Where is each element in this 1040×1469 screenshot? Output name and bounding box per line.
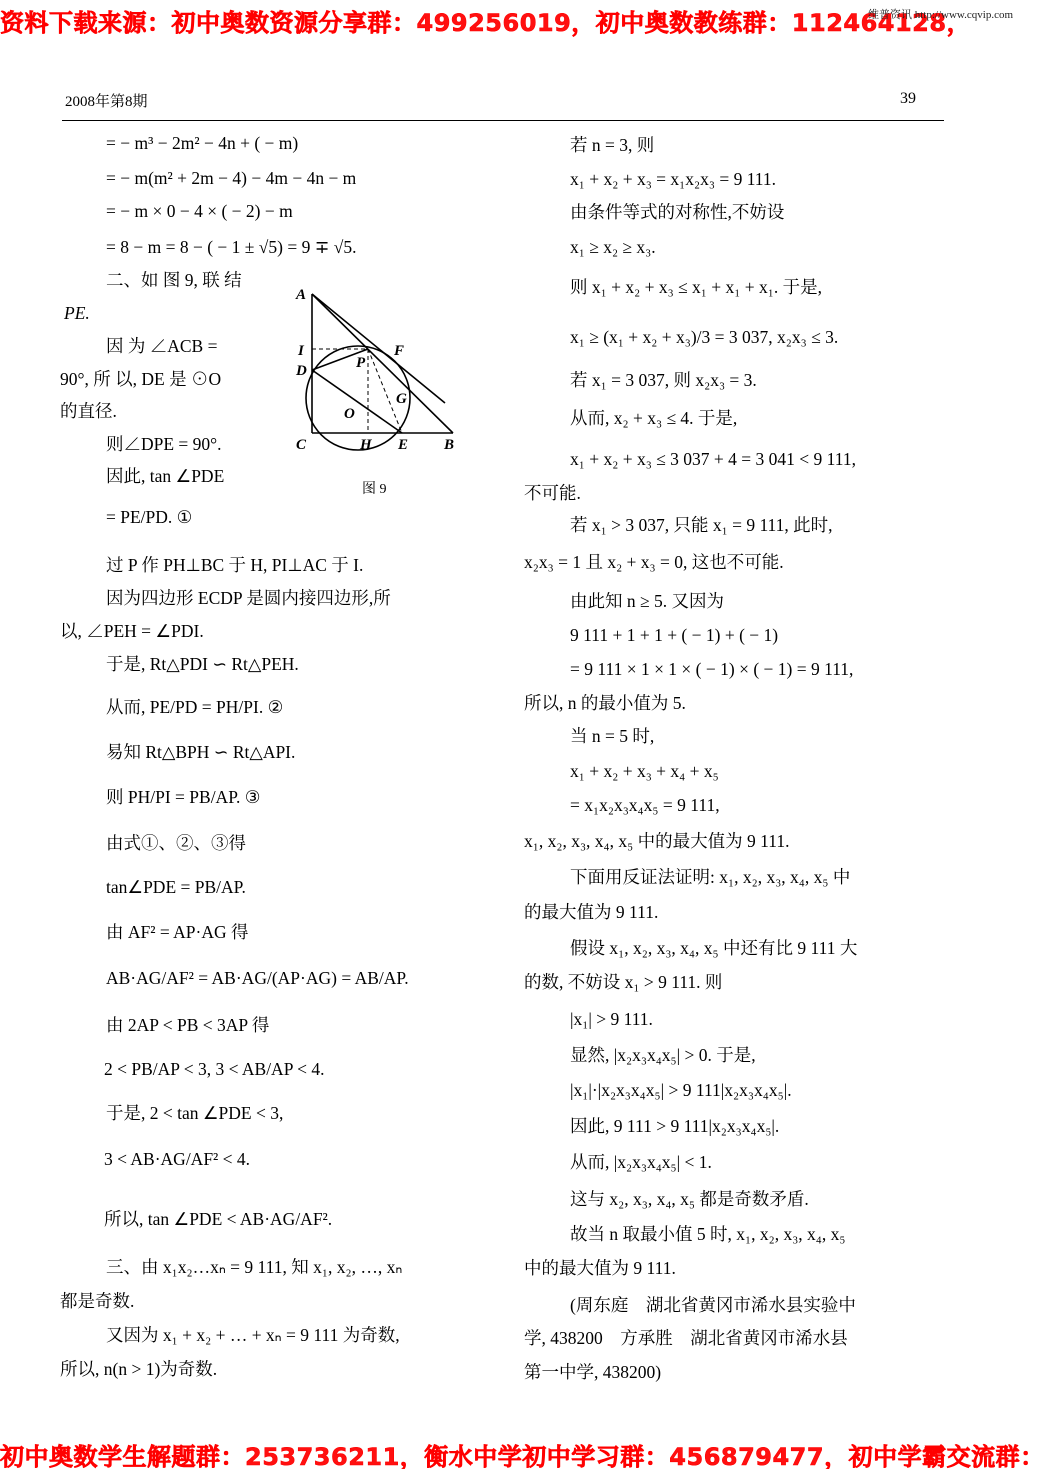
text-line: = 9 111 × 1 × 1 × ( − 1) × ( − 1) = 9 11… <box>570 658 853 680</box>
watermark: 维普资讯 http://www.cqvip.com <box>868 6 1013 22</box>
text-line: PE. <box>64 302 90 324</box>
author-line: 第一中学, 438200) <box>524 1361 661 1383</box>
text-line: 由式①、②、③得 <box>106 832 246 854</box>
text-line: 又因为 x₁ + x₂ + … + xₙ = 9 111 为奇数, <box>106 1324 400 1346</box>
text-line: = − m × 0 − 4 × ( − 2) − m <box>106 200 293 222</box>
text-line: |x₁|·|x₂x₃x₄x₅| > 9 111|x₂x₃x₄x₅|. <box>570 1079 792 1101</box>
text-line: x₁ ≥ x₂ ≥ x₃. <box>570 236 656 258</box>
equation-1: = PE/PD. ① <box>106 506 192 528</box>
text-line: 假设 x₁, x₂, x₃, x₄, x₅ 中还有比 9 111 大 <box>570 937 857 959</box>
label-D: D <box>295 363 307 379</box>
text-line: x₂x₃ = 1 且 x₂ + x₃ = 0, 这也不可能. <box>524 551 784 573</box>
text-line: x₁ + x₂ + x₃ = x₁x₂x₃ = 9 111. <box>570 168 776 190</box>
text-line: 因 为 ∠ACB = <box>106 335 217 357</box>
text-line: x₁ + x₂ + x₃ + x₄ + x₅ <box>570 760 719 782</box>
header-rule <box>62 120 944 121</box>
text-line: x₁ ≥ (x₁ + x₂ + x₃)/3 = 3 037, x₂x₃ ≤ 3. <box>570 326 838 348</box>
text-line: |x₁| > 9 111. <box>570 1008 653 1030</box>
text-line: 由此知 n ≥ 5. 又因为 <box>570 590 724 612</box>
text-line: = x₁x₂x₃x₄x₅ = 9 111, <box>570 794 720 816</box>
text-line: AB·AG/AF² = AB·AG/(AP·AG) = AB/AP. <box>106 967 409 989</box>
text-line: 2 < PB/AP < 3, 3 < AB/AP < 4. <box>104 1058 325 1080</box>
equation-2: 从而, PE/PD = PH/PI. ② <box>106 696 283 718</box>
figure-caption: 图 9 <box>362 478 387 498</box>
top-banner: 资料下载来源：初中奥数资源分享群：499256019，初中奥数教练群：11246… <box>0 3 971 38</box>
label-O: O <box>344 406 355 422</box>
label-H: H <box>359 437 373 453</box>
label-C: C <box>296 437 307 453</box>
text-line: 易知 Rt△BPH ∽ Rt△API. <box>106 741 295 763</box>
label-F: F <box>393 343 404 359</box>
text-line: 因为四边形 ECDP 是圆内接四边形,所 <box>106 587 391 609</box>
text-line: 这与 x₂, x₃, x₄, x₅ 都是奇数矛盾. <box>570 1188 809 1210</box>
text-line: 若 x₁ > 3 037, 只能 x₁ = 9 111, 此时, <box>570 514 833 536</box>
text-line: 都是奇数. <box>60 1290 134 1312</box>
text-line: 由 2AP < PB < 3AP 得 <box>106 1014 269 1036</box>
label-G: G <box>396 391 407 407</box>
label-A: A <box>295 287 306 303</box>
section-heading: 三、由 x₁x₂…xₙ = 9 111, 知 x₁, x₂, …, xₙ <box>106 1256 402 1278</box>
text-line: 所以, n 的最小值为 5. <box>524 692 686 714</box>
section-heading: 二、如 图 9, 联 结 <box>106 269 242 291</box>
text-line: 中的最大值为 9 111. <box>524 1257 676 1279</box>
text-line: 于是, 2 < tan ∠PDE < 3, <box>106 1102 283 1124</box>
text-line: 的数, 不妨设 x₁ > 9 111. 则 <box>524 971 722 993</box>
text-line: 故当 n 取最小值 5 时, x₁, x₂, x₃, x₄, x₅ <box>570 1223 846 1245</box>
text-line: 所以, n(n > 1)为奇数. <box>60 1358 217 1380</box>
text-line: 则∠DPE = 90°. <box>106 433 222 455</box>
text-line: 因此, tan ∠PDE <box>106 465 224 487</box>
bottom-banner: 初中奥数学生解题群：253736211，衡水中学初中学习群：456879477，… <box>0 1437 1040 1469</box>
text-line: 由条件等式的对称性,不妨设 <box>570 201 784 223</box>
text-line: 则 x₁ + x₂ + x₃ ≤ x₁ + x₁ + x₁. 于是, <box>570 276 822 298</box>
author-line: 学, 438200 方承胜 湖北省黄冈市浠水县 <box>524 1327 848 1349</box>
text-line: 显然, |x₂x₃x₄x₅| > 0. 于是, <box>570 1044 756 1066</box>
text-line: 的最大值为 9 111. <box>524 901 658 923</box>
text-line: 下面用反证法证明: x₁, x₂, x₃, x₄, x₅ 中 <box>570 866 850 888</box>
text-line: 若 n = 3, 则 <box>570 134 654 156</box>
text-line: = − m³ − 2m² − 4n + ( − m) <box>106 132 298 154</box>
text-line: x₁, x₂, x₃, x₄, x₅ 中的最大值为 9 111. <box>524 830 789 852</box>
label-I: I <box>297 343 305 359</box>
text-line: = − m(m² + 2m − 4) − 4m − 4n − m <box>106 167 356 189</box>
issue-label: 2008年第8期 <box>65 90 148 111</box>
text-line: 以, ∠PEH = ∠PDI. <box>60 620 204 642</box>
text-line: 当 n = 5 时, <box>570 725 654 747</box>
text-line: 过 P 作 PH⊥BC 于 H, PI⊥AC 于 I. <box>106 554 363 576</box>
geometry-figure: A I D P F O G C H E B <box>290 283 470 483</box>
text-line: 3 < AB·AG/AF² < 4. <box>104 1148 250 1170</box>
page-number: 39 <box>900 90 916 108</box>
label-E: E <box>397 437 408 453</box>
text-line: 由 AF² = AP·AG 得 <box>106 921 249 943</box>
text-line: 若 x₁ = 3 037, 则 x₂x₃ = 3. <box>570 369 757 391</box>
text-line: 因此, 9 111 > 9 111|x₂x₃x₄x₅|. <box>570 1115 779 1137</box>
text-line: = 8 − m = 8 − ( − 1 ± √5) = 9 ∓ √5. <box>106 236 356 258</box>
text-line: 从而, x₂ + x₃ ≤ 4. 于是, <box>570 407 737 429</box>
text-line: 不可能. <box>524 482 581 504</box>
text-line: 于是, Rt△PDI ∽ Rt△PEH. <box>106 653 299 675</box>
author-line: (周东庭 湖北省黄冈市浠水县实验中 <box>570 1294 856 1316</box>
text-line: 90°, 所 以, DE 是 ⊙O <box>60 368 221 390</box>
label-B: B <box>443 437 454 453</box>
text-line: 所以, tan ∠PDE < AB·AG/AF². <box>104 1208 332 1230</box>
text-line: tan∠PDE = PB/AP. <box>106 876 246 898</box>
text-line: 9 111 + 1 + 1 + ( − 1) + ( − 1) <box>570 624 778 646</box>
text-line: x₁ + x₂ + x₃ ≤ 3 037 + 4 = 3 041 < 9 111… <box>570 448 856 470</box>
text-line: 从而, |x₂x₃x₄x₅| < 1. <box>570 1151 712 1173</box>
label-P: P <box>356 355 366 371</box>
equation-3: 则 PH/PI = PB/AP. ③ <box>106 786 260 808</box>
text-line: 的直径. <box>60 400 117 422</box>
